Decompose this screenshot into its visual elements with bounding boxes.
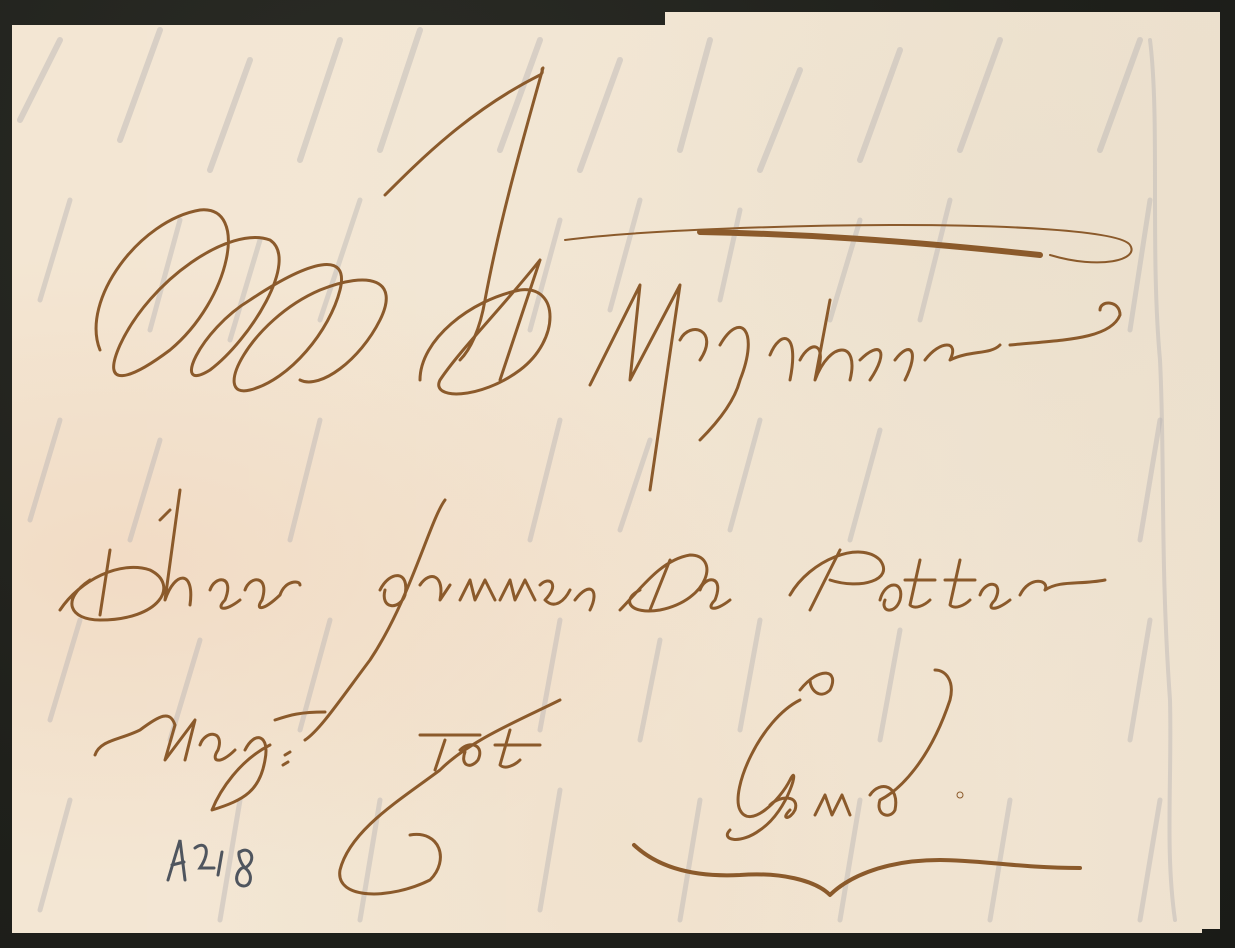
pencil-archive-number	[0, 0, 1235, 948]
